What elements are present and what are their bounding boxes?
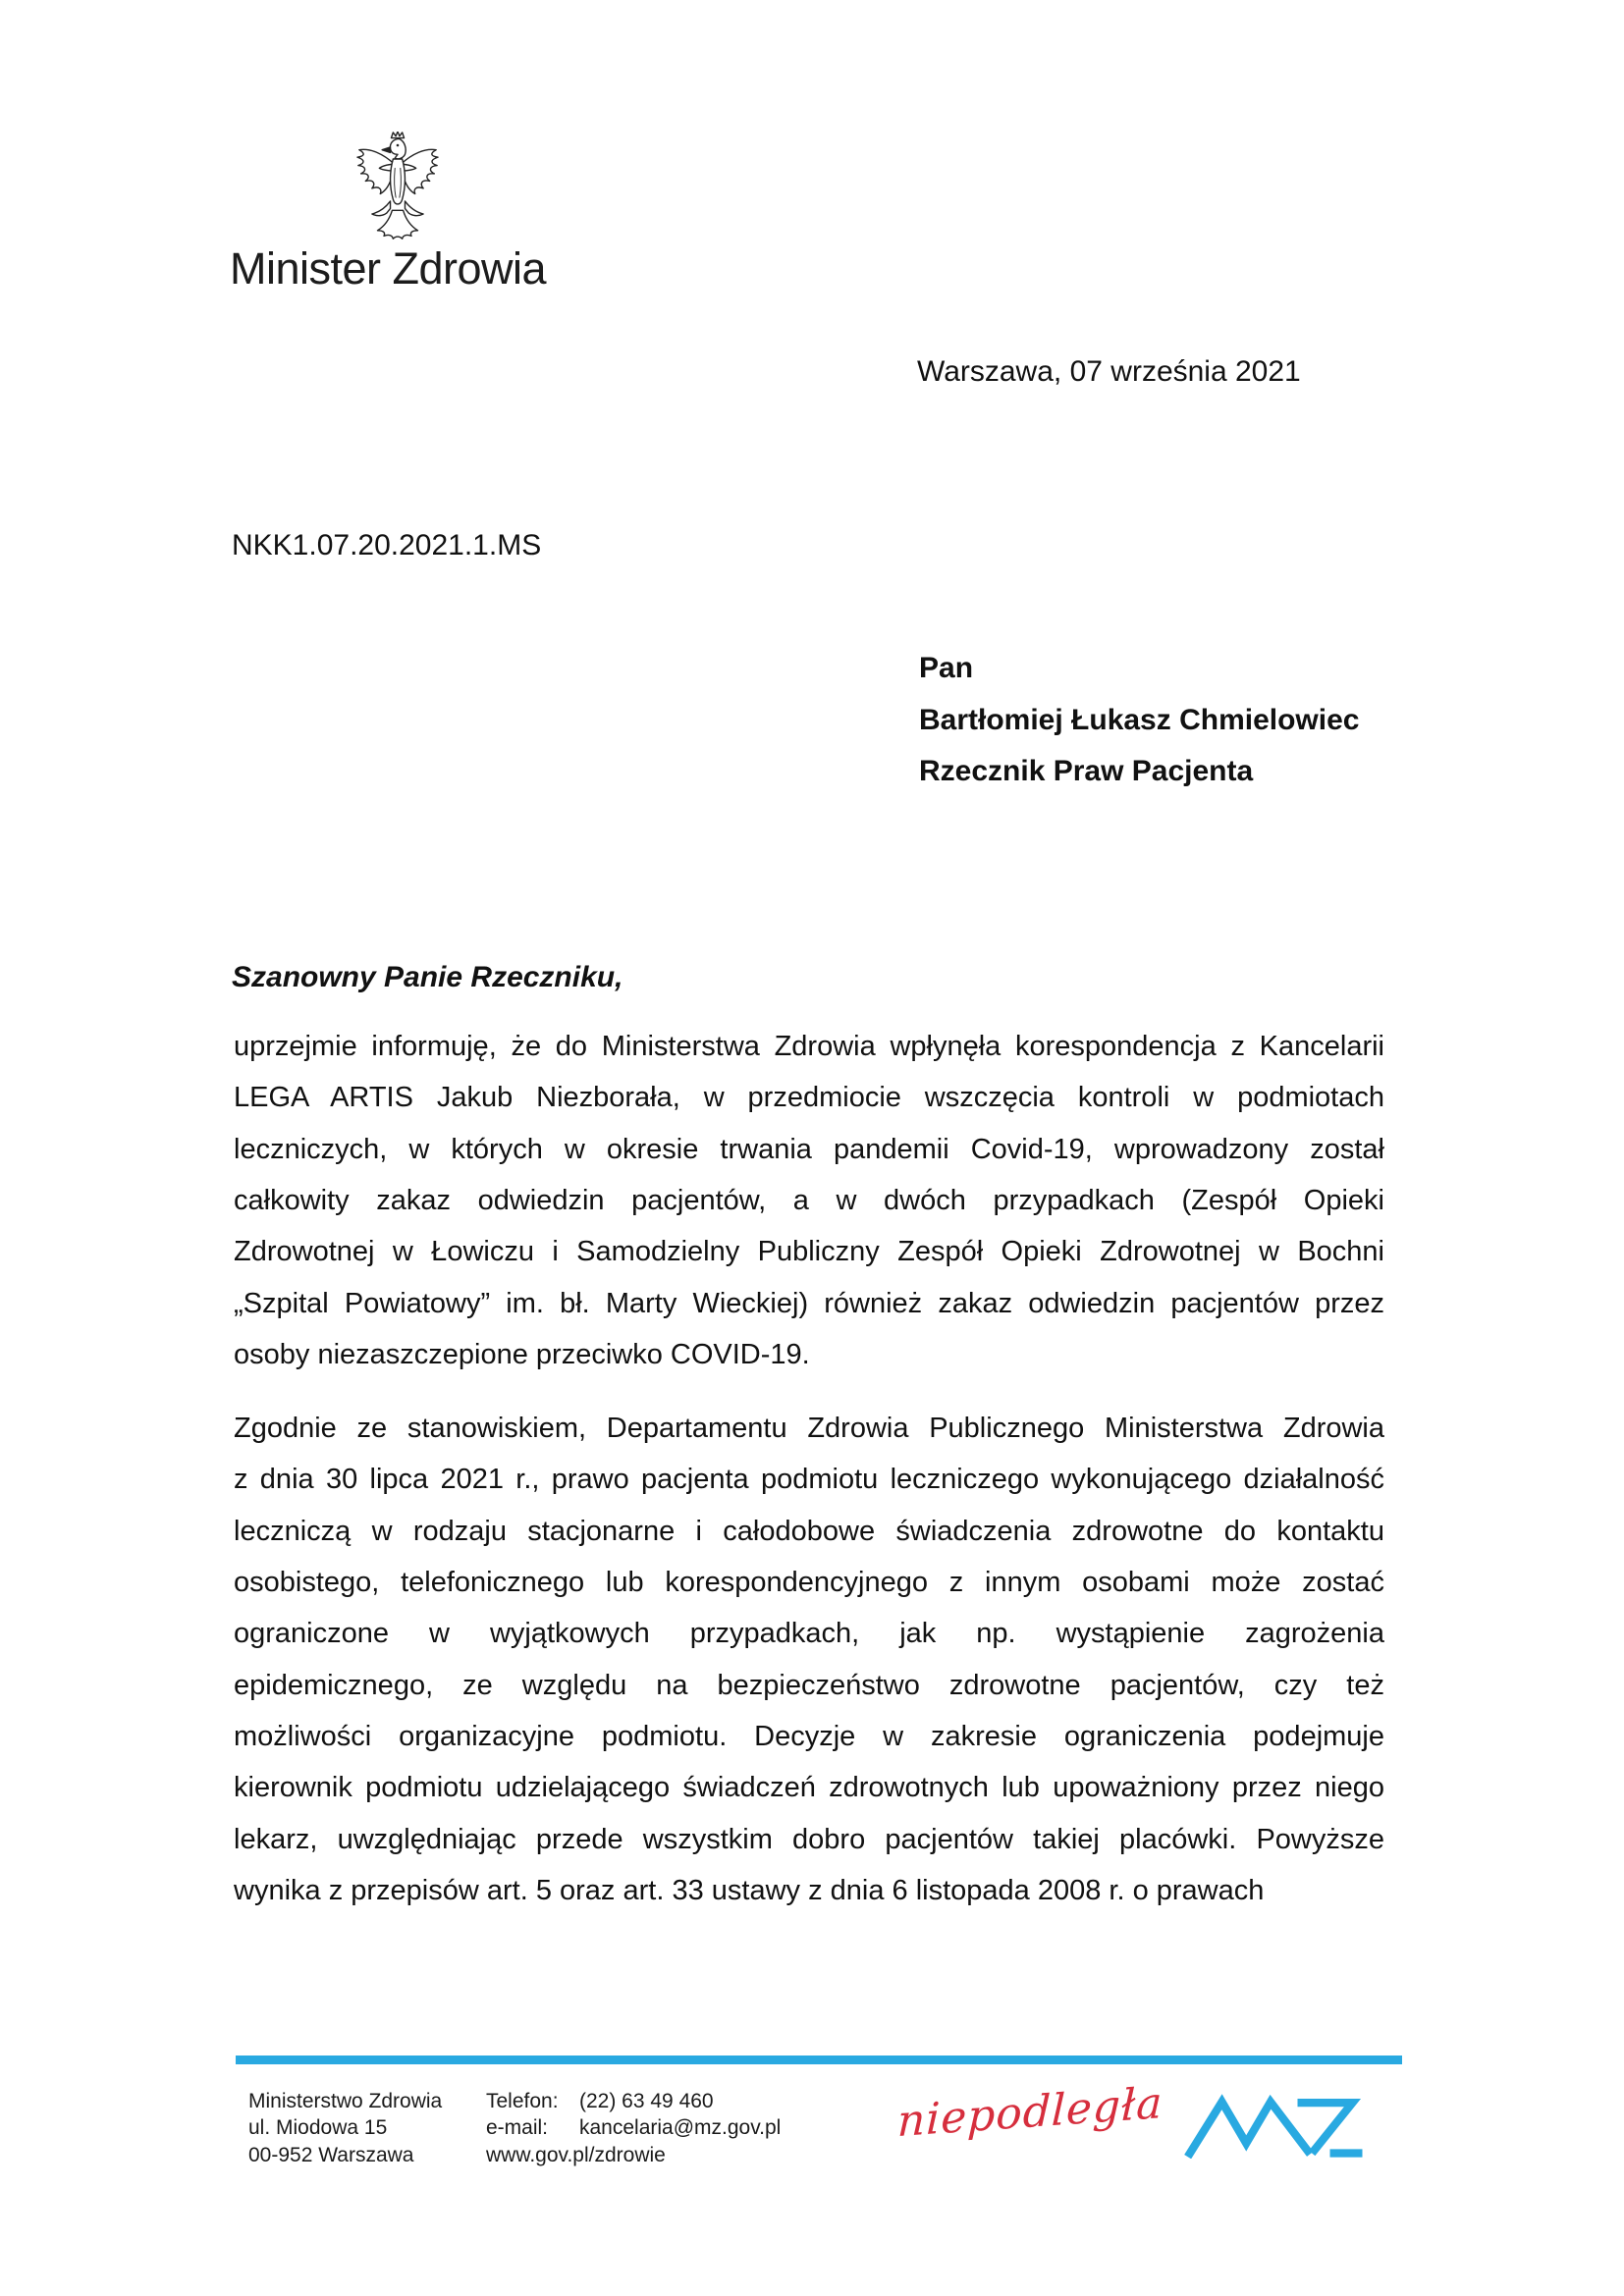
text-line: ograniczone w wyjątkowych przypadkach, j… [234,1608,1384,1659]
footer-divider-rule [236,2056,1402,2064]
email-label: e-mail: [486,2114,579,2141]
text-line: osobistego, telefonicznego lub korespond… [234,1557,1384,1608]
text-line: Zgodnie ze stanowiskiem, Departamentu Zd… [234,1403,1384,1454]
polish-eagle-emblem-icon [352,132,444,241]
text-line: 00-952 Warszawa [248,2142,484,2168]
salutation: Szanowny Panie Rzeczniku, [232,963,623,992]
ministry-title: Minister Zdrowia [230,246,546,291]
text-line: Bartłomiej Łukasz Chmielowiec [919,695,1469,747]
text-line: kierownik podmiotu udzielającego świadcz… [234,1762,1384,1813]
body-paragraph-2: Zgodnie ze stanowiskiem, Departamentu Zd… [234,1403,1384,1916]
text-line: „Szpital Powiatowy” im. bł. Marty Wiecki… [234,1278,1384,1329]
phone-value: (22) 63 49 460 [579,2090,714,2112]
text-line: epidemicznego, ze względu na bezpieczeńs… [234,1660,1384,1711]
phone-label: Telefon: [486,2088,579,2114]
text-line: Pan [919,643,1469,695]
email-value: kancelaria@mz.gov.pl [579,2116,781,2139]
dateline: Warszawa, 07 września 2021 [917,357,1301,387]
text-line: Ministerstwo Zdrowia [248,2088,484,2114]
footer-contact-block: Telefon:(22) 63 49 460 e-mail:kancelaria… [486,2088,898,2168]
website-value: www.gov.pl/zdrowie [486,2144,666,2166]
text-line: ul. Miodowa 15 [248,2114,484,2141]
mz-ministry-logo-icon [1176,2094,1376,2159]
text-line: możliwości organizacyjne podmiotu. Decyz… [234,1711,1384,1762]
text-line: leczniczych, w których w okresie trwania… [234,1124,1384,1175]
text-line: osoby niezaszczepione przeciwko COVID-19… [234,1329,1384,1380]
footer-phone-row: Telefon:(22) 63 49 460 [486,2088,898,2114]
footer-address-block: Ministerstwo Zdrowiaul. Miodowa 1500-952… [248,2088,484,2168]
text-line: LEGA ARTIS Jakub Niezborała, w przedmioc… [234,1072,1384,1123]
addressee-block: PanBartłomiej Łukasz ChmielowiecRzecznik… [919,643,1469,798]
body-paragraph-1: uprzejmie informuję, że do Ministerstwa … [234,1021,1384,1380]
text-line: z dnia 30 lipca 2021 r., prawo pacjenta … [234,1454,1384,1505]
text-line: lekarz, uwzględniając przede wszystkim d… [234,1814,1384,1865]
footer-email-row: e-mail:kancelaria@mz.gov.pl [486,2114,898,2141]
text-line: Zdrowotnej w Łowiczu i Samodzielny Publi… [234,1226,1384,1277]
text-line: całkowity zakaz odwiedzin pacjentów, a w… [234,1175,1384,1226]
niepodlegla-logo: niepodległa [896,2080,1133,2149]
text-line: Rzecznik Praw Pacjenta [919,746,1469,798]
footer-website-row: www.gov.pl/zdrowie [486,2142,898,2168]
letter-page: Minister Zdrowia Warszawa, 07 września 2… [0,0,1624,2296]
text-line: uprzejmie informuję, że do Ministerstwa … [234,1021,1384,1072]
text-line: wynika z przepisów art. 5 oraz art. 33 u… [234,1865,1384,1916]
reference-number: NKK1.07.20.2021.1.MS [232,531,541,561]
text-line: leczniczą w rodzaju stacjonarne i całodo… [234,1506,1384,1557]
